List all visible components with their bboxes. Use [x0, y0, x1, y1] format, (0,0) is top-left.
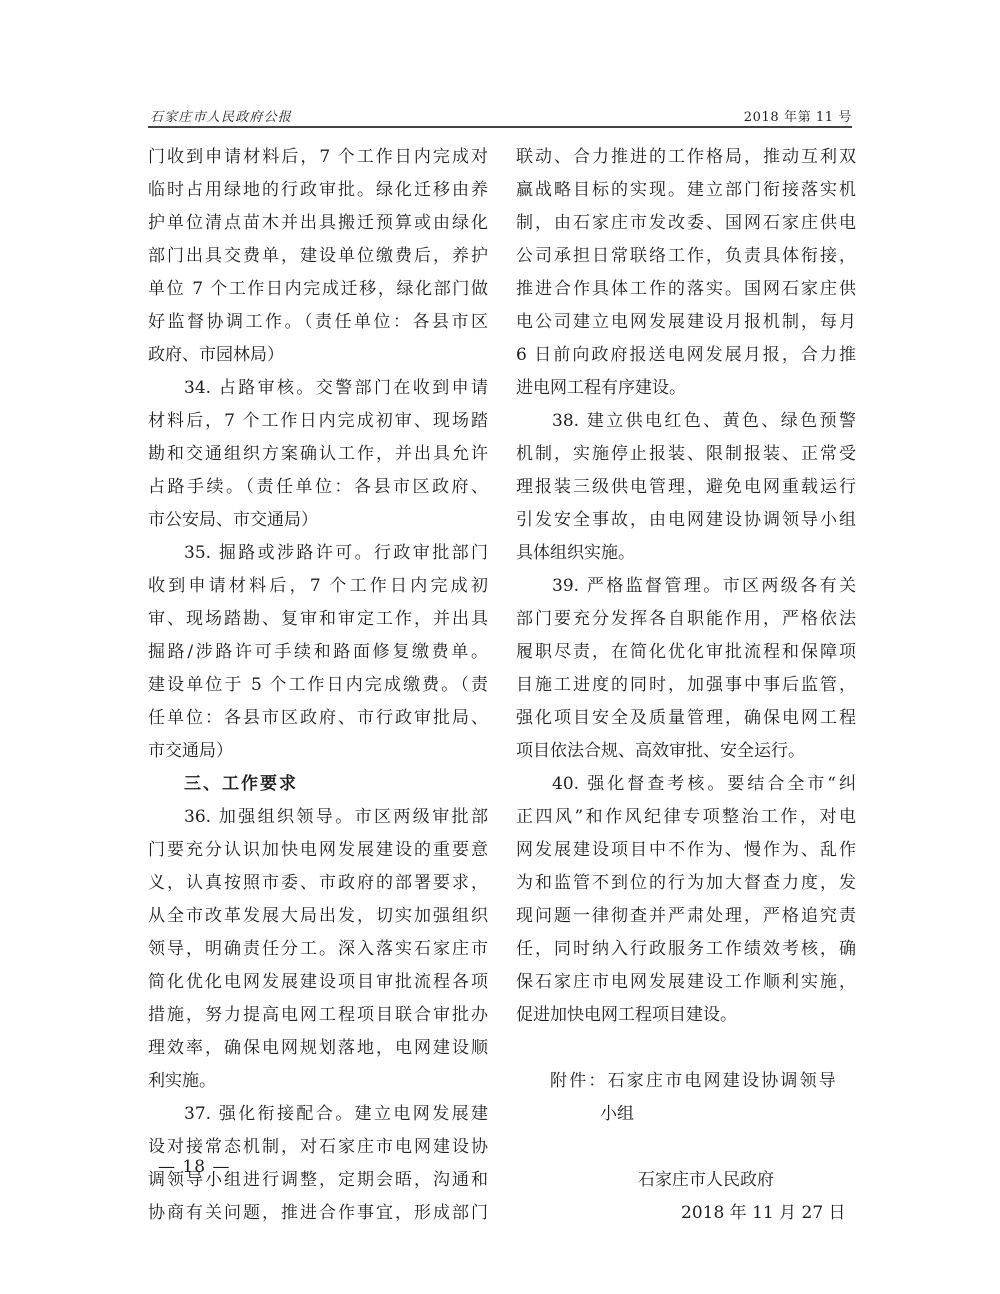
text-line: 护单位清点苗木并出具搬迁预算或由绿化: [148, 207, 488, 240]
publication-title: 石家庄市人民政府公报: [150, 106, 292, 125]
text-line: 门要充分认识加快电网发展建设的重要意: [148, 834, 488, 867]
text-line: 34. 占路审核。交警部门在收到申请: [148, 372, 488, 405]
text-line: 项目依法合规、高效审批、安全运行。: [516, 735, 856, 768]
text-line: 6 日前向政府报送电网发展月报，合力推: [516, 339, 856, 372]
text-line: 部门要充分发挥各自职能作用，严格依法: [516, 603, 856, 636]
text-line: 网发展建设项目中不作为、慢作为、乱作: [516, 834, 856, 867]
signature-organization: 石家庄市人民政府: [516, 1164, 856, 1197]
spacer: [516, 1131, 856, 1164]
text-line: 掘路/涉路许可手续和路面修复缴费单。: [148, 636, 488, 669]
text-line: 理效率，确保电网规划落地，电网建设顺: [148, 1032, 488, 1065]
text-line: 强化项目安全及质量管理，确保电网工程: [516, 702, 856, 735]
text-line: 临时占用绿地的行政审批。绿化迁移由养: [148, 174, 488, 207]
text-line: 联动、合力推进的工作格局，推动互利双: [516, 141, 856, 174]
text-line: 勘和交通组织方案确认工作，并出具允许: [148, 438, 488, 471]
text-line: 40. 强化督查考核。要结合全市“纠: [516, 768, 856, 801]
signature-date: 2018 年 11 月 27 日: [516, 1197, 856, 1230]
text-line: 占路手续。（责任单位：各县市区政府、: [148, 471, 488, 504]
text-line: 市交通局）: [148, 735, 488, 768]
text-line: 正四风”和作风纪律专项整治工作，对电: [516, 801, 856, 834]
text-line: 收到申请材料后，7 个工作日内完成初: [148, 570, 488, 603]
spacer: [516, 1032, 856, 1065]
issue-number: 2018 年第 11 号: [744, 106, 852, 125]
text-line: 引发安全事故，由电网建设协调领导小组: [516, 504, 856, 537]
text-line: 义，认真按照市委、市政府的部署要求，: [148, 867, 488, 900]
attachment-label: 附件：石家庄市电网建设协调领导: [516, 1065, 856, 1098]
text-line: 保石家庄市电网发展建设工作顺利实施，: [516, 966, 856, 999]
text-line: 审、现场踏勘、复审和审定工作，并出具: [148, 603, 488, 636]
text-line: 政府、市园林局）: [148, 339, 488, 372]
text-line: 简化优化电网发展建设项目审批流程各项: [148, 966, 488, 999]
right-column-body: 联动、合力推进的工作格局，推动互利双赢战略目标的实现。建立部门衔接落实机制，由石…: [516, 141, 856, 1032]
left-column: 门收到申请材料后，7 个工作日内完成对临时占用绿地的行政审批。绿化迁移由养护单位…: [148, 141, 488, 1230]
text-line: 目施工进度的同时，加强事中事后监管，: [516, 669, 856, 702]
text-line: 进电网工程有序建设。: [516, 372, 856, 405]
text-line: 任单位：各县市区政府、市行政审批局、: [148, 702, 488, 735]
text-line: 部门出具交费单，建设单位缴费后，养护: [148, 240, 488, 273]
text-line: 现问题一律彻查并严肃处理，严格追究责: [516, 900, 856, 933]
text-line: 具体组织实施。: [516, 537, 856, 570]
running-header: 石家庄市人民政府公报 2018 年第 11 号: [148, 104, 852, 128]
text-line: 单位 7 个工作日内完成迁移，绿化部门做: [148, 273, 488, 306]
text-line: 措施，努力提高电网工程项目联合审批办: [148, 999, 488, 1032]
text-line: 机制，实施停止报装、限制报装、正常受: [516, 438, 856, 471]
text-line: 履职尽责，在简化优化审批流程和保障项: [516, 636, 856, 669]
text-line: 领导，明确责任分工。深入落实石家庄市: [148, 933, 488, 966]
text-line: 赢战略目标的实现。建立部门衔接落实机: [516, 174, 856, 207]
text-line: 协商有关问题，推进合作事宜，形成部门: [148, 1197, 488, 1230]
text-line: 39. 严格监督管理。市区两级各有关: [516, 570, 856, 603]
text-line: 从全市改革发展大局出发，切实加强组织: [148, 900, 488, 933]
header-rule: [148, 126, 852, 128]
text-line: 促进加快电网工程项目建设。: [516, 999, 856, 1032]
text-line: 公司承担日常联络工作，负责具体衔接，: [516, 240, 856, 273]
text-line: 市公安局、市交通局）: [148, 504, 488, 537]
text-line: 电公司建立电网发展建设月报机制，每月: [516, 306, 856, 339]
text-line: 好监督协调工作。（责任单位：各县市区: [148, 306, 488, 339]
text-line: 建设单位于 5 个工作日内完成缴费。（责: [148, 669, 488, 702]
right-column: 联动、合力推进的工作格局，推动互利双赢战略目标的实现。建立部门衔接落实机制，由石…: [516, 141, 856, 1230]
page-number: — 18 —: [158, 1157, 230, 1177]
text-line: 37. 强化衔接配合。建立电网发展建: [148, 1098, 488, 1131]
text-line: 为和监管不到位的行为加大督查力度，发: [516, 867, 856, 900]
section-heading: 三、工作要求: [148, 768, 488, 801]
text-line: 制，由石家庄市发改委、国网石家庄供电: [516, 207, 856, 240]
text-line: 利实施。: [148, 1065, 488, 1098]
text-line: 38. 建立供电红色、黄色、绿色预警: [516, 405, 856, 438]
text-line: 理报装三级供电管理，避免电网重载运行: [516, 471, 856, 504]
text-line: 材料后，7 个工作日内完成初审、现场踏: [148, 405, 488, 438]
text-line: 36. 加强组织领导。市区两级审批部: [148, 801, 488, 834]
attachment-label-cont: 小组: [516, 1098, 856, 1131]
text-line: 推进合作具体工作的落实。国网石家庄供: [516, 273, 856, 306]
text-line: 35. 掘路或涉路许可。行政审批部门: [148, 537, 488, 570]
text-line: 门收到申请材料后，7 个工作日内完成对: [148, 141, 488, 174]
text-line: 任，同时纳入行政服务工作绩效考核，确: [516, 933, 856, 966]
